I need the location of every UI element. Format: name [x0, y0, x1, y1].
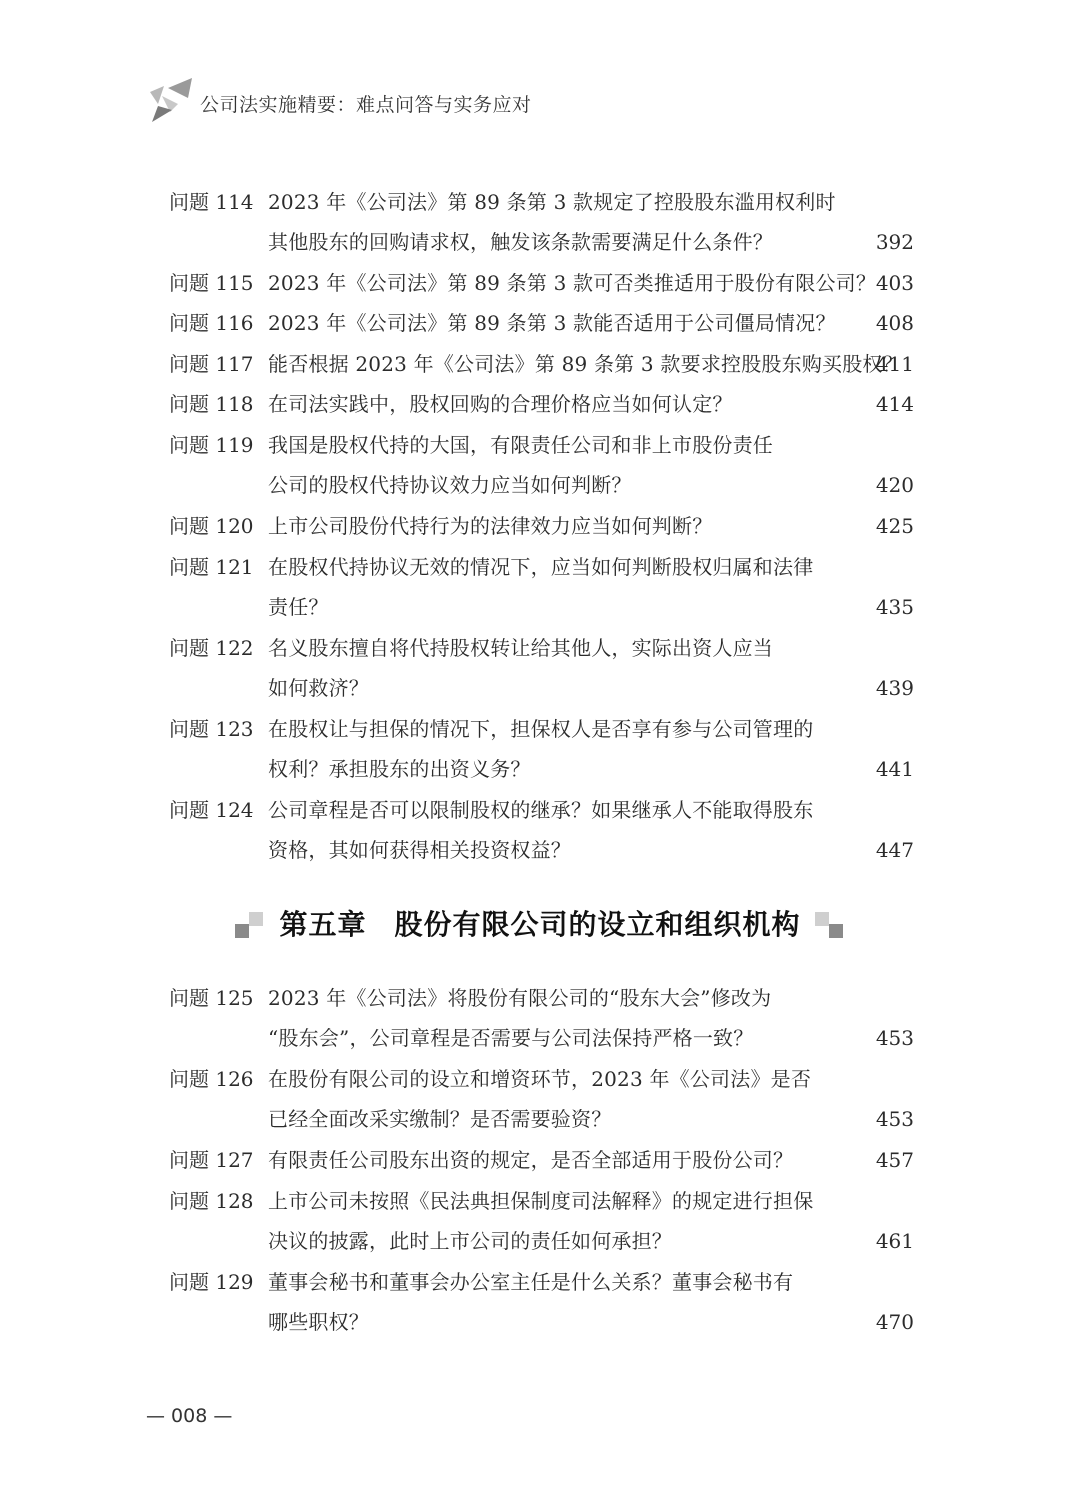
page-number: 453: [876, 1099, 914, 1139]
page-number: 461: [876, 1221, 914, 1261]
question-text: 董事会秘书和董事会办公室主任是什么关系？董事会秘书有: [268, 1262, 793, 1302]
question-text: 权利？承担股东的出资义务？: [268, 749, 531, 789]
question-text: 有限责任公司股东出资的规定，是否全部适用于股份公司？: [268, 1140, 793, 1180]
question-number: 问题 119: [169, 425, 254, 465]
question-text: 如何救济？: [268, 668, 369, 708]
page-number: 457: [876, 1140, 914, 1180]
question-number: 问题 120: [169, 506, 254, 546]
page-footer: — 008 —: [146, 1405, 232, 1427]
page-number: 403: [876, 263, 914, 303]
chapter-title: 第五章股份有限公司的设立和组织机构: [279, 903, 800, 943]
question-number: 问题 125: [169, 978, 254, 1018]
question-text: 2023 年《公司法》第 89 条第 3 款可否类推适用于股份有限公司？: [268, 263, 876, 303]
question-text: 我国是股权代持的大国，有限责任公司和非上市股份责任: [268, 425, 773, 465]
page-number: 392: [876, 222, 914, 262]
page-number: 411: [876, 344, 914, 384]
question-text: 2023 年《公司法》第 89 条第 3 款规定了控股股东滥用权利时: [268, 182, 836, 222]
triangles-logo-icon: [148, 74, 198, 124]
question-number: 问题 128: [169, 1181, 254, 1221]
question-text: 资格，其如何获得相关投资权益？: [268, 830, 571, 870]
question-text: 2023 年《公司法》将股份有限公司的“股东大会”修改为: [268, 978, 771, 1018]
page-number: 453: [876, 1018, 914, 1058]
question-text: “股东会”，公司章程是否需要与公司法保持严格一致？: [268, 1018, 753, 1058]
question-number: 问题 118: [169, 384, 254, 424]
question-text: 在司法实践中，股权回购的合理价格应当如何认定？: [268, 384, 733, 424]
decorative-squares-right-icon: [811, 908, 847, 938]
question-text: 已经全面改采实缴制？是否需要验资？: [268, 1099, 611, 1139]
question-text: 在股权让与担保的情况下，担保权人是否享有参与公司管理的: [268, 709, 813, 749]
question-text: 2023 年《公司法》第 89 条第 3 款能否适用于公司僵局情况？: [268, 303, 836, 343]
chapter-number: 第五章: [279, 908, 366, 941]
question-number: 问题 115: [169, 263, 254, 303]
page-number: 439: [876, 668, 914, 708]
question-number: 问题 116: [169, 303, 254, 343]
question-text: 哪些职权？: [268, 1302, 369, 1342]
running-header: 公司法实施精要：难点问答与实务应对: [148, 74, 532, 124]
question-number: 问题 121: [169, 547, 254, 587]
question-text: 名义股东擅自将代持股权转让给其他人，实际出资人应当: [268, 628, 773, 668]
question-text: 能否根据 2023 年《公司法》第 89 条第 3 款要求控股股东购买股权？: [268, 344, 903, 384]
question-text: 上市公司未按照《民法典担保制度司法解释》的规定进行担保: [268, 1181, 813, 1221]
question-text: 在股份有限公司的设立和增资环节，2023 年《公司法》是否: [268, 1059, 811, 1099]
question-text: 在股权代持协议无效的情况下，应当如何判断股权归属和法律: [268, 547, 813, 587]
chapter-heading[interactable]: 第五章股份有限公司的设立和组织机构: [0, 898, 1080, 948]
page-number: 420: [876, 465, 914, 505]
question-number: 问题 123: [169, 709, 254, 749]
page-number: 414: [876, 384, 914, 424]
book-title: 公司法实施精要：难点问答与实务应对: [200, 90, 532, 117]
question-number: 问题 117: [169, 344, 254, 384]
question-number: 问题 114: [169, 182, 254, 222]
question-text: 其他股东的回购请求权，触发该条款需要满足什么条件？: [268, 222, 773, 262]
page-number: 447: [876, 830, 914, 870]
question-number: 问题 124: [169, 790, 254, 830]
question-text: 公司的股权代持协议效力应当如何判断？: [268, 465, 632, 505]
question-number: 问题 129: [169, 1262, 254, 1302]
question-text: 公司章程是否可以限制股权的继承？如果继承人不能取得股东: [268, 790, 813, 830]
question-text: 上市公司股份代持行为的法律效力应当如何判断？: [268, 506, 712, 546]
question-text: 责任？: [268, 587, 329, 627]
decorative-squares-left-icon: [233, 908, 269, 938]
page-number: 435: [876, 587, 914, 627]
question-number: 问题 126: [169, 1059, 254, 1099]
chapter-name: 股份有限公司的设立和组织机构: [395, 908, 801, 941]
question-text: 决议的披露，此时上市公司的责任如何承担？: [268, 1221, 672, 1261]
page-number: 408: [876, 303, 914, 343]
page-number: 441: [876, 749, 914, 789]
question-number: 问题 127: [169, 1140, 254, 1180]
page-number: 425: [876, 506, 914, 546]
question-number: 问题 122: [169, 628, 254, 668]
page-number: 470: [876, 1302, 914, 1342]
